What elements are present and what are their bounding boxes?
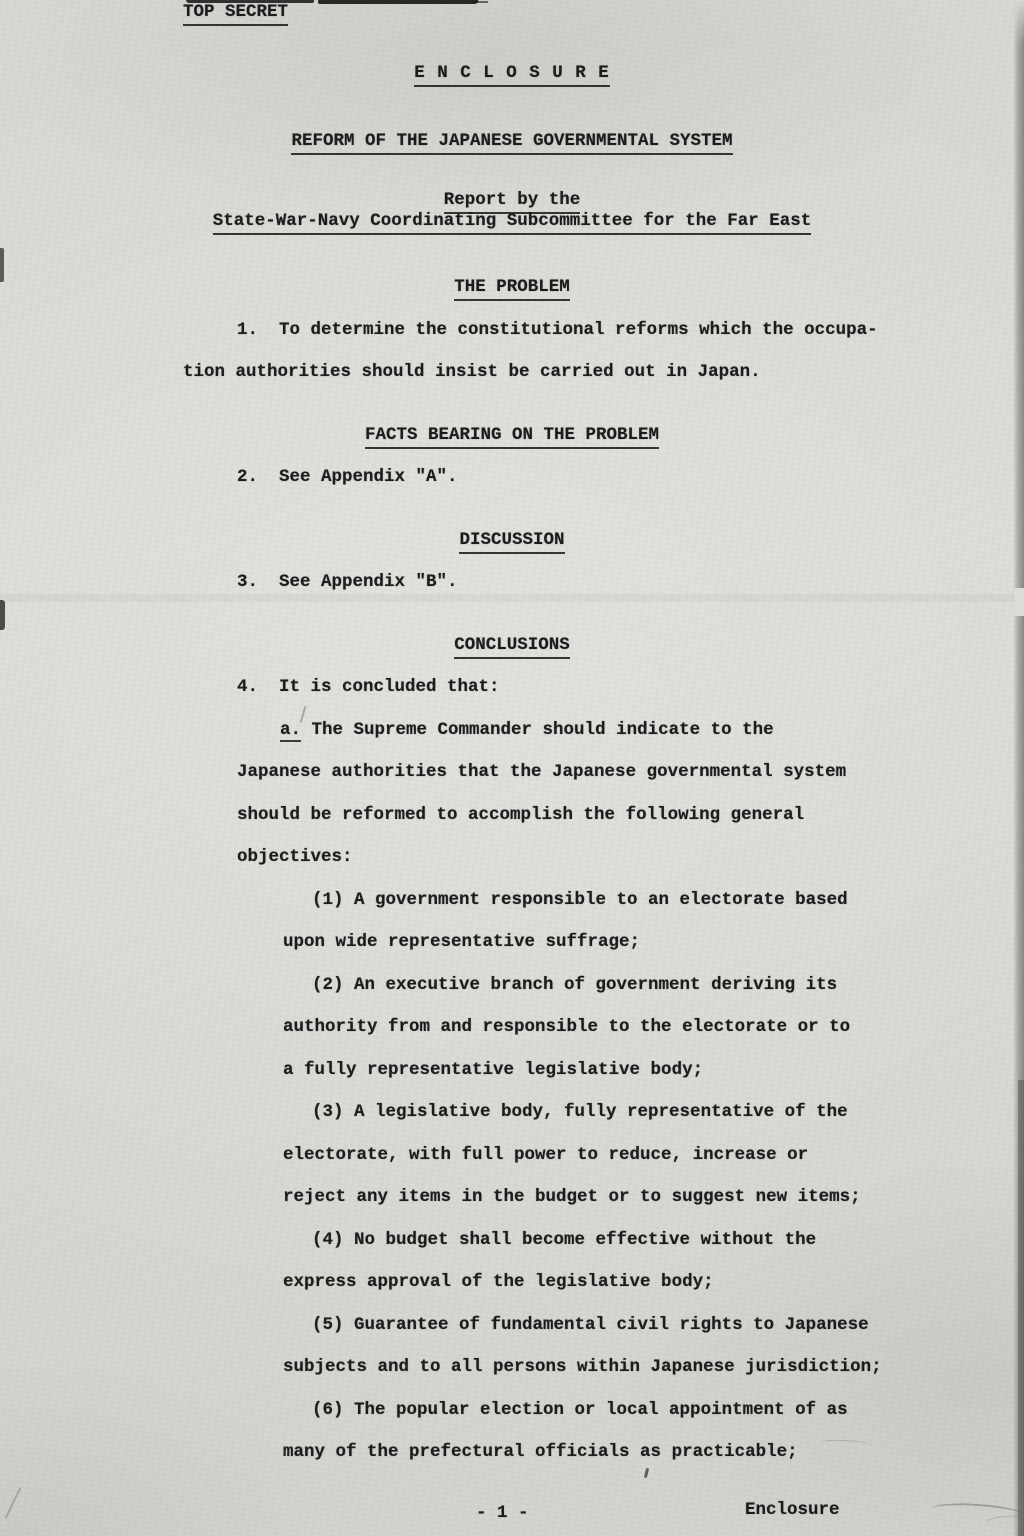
- body-line: 2. See Appendix "A".: [0, 467, 1024, 510]
- document-body: THE PROBLEM1. To determine the constitut…: [0, 257, 1024, 1485]
- body-line: a fully representative legislative body;: [0, 1060, 1024, 1103]
- body-line: Japanese authorities that the Japanese g…: [0, 762, 1024, 805]
- body-line: (4) No budget shall become effective wit…: [0, 1230, 1024, 1273]
- body-line: 4. It is concluded that:: [0, 677, 1024, 720]
- body-line: objectives:: [0, 847, 1024, 890]
- body-line: 3. See Appendix "B".: [0, 572, 1024, 615]
- body-line: subjects and to all persons within Japan…: [0, 1357, 1024, 1400]
- section-heading: CONCLUSIONS: [0, 635, 1024, 678]
- body-line: authority from and responsible to the el…: [0, 1017, 1024, 1060]
- section-heading-text: CONCLUSIONS: [454, 635, 570, 659]
- body-line: express approval of the legislative body…: [0, 1272, 1024, 1315]
- section-heading: THE PROBLEM: [0, 277, 1024, 320]
- body-line: (1) A government responsible to an elect…: [0, 890, 1024, 933]
- section-heading-text: DISCUSSION: [459, 530, 564, 554]
- classification-text: TOP SECRET: [183, 2, 288, 26]
- section-heading: DISCUSSION: [0, 530, 1024, 573]
- body-line: reject any items in the budget or to sug…: [0, 1187, 1024, 1230]
- report-committee-line: State-War-Navy Coordinating Subcommittee…: [0, 211, 1024, 231]
- body-line: should be reformed to accomplish the fol…: [0, 805, 1024, 848]
- body-line: (5) Guarantee of fundamental civil right…: [0, 1315, 1024, 1358]
- body-line: 1. To determine the constitutional refor…: [0, 320, 1024, 363]
- body-line: tion authorities should insist be carrie…: [0, 362, 1024, 405]
- body-line: (2) An executive branch of government de…: [0, 975, 1024, 1018]
- document-page: TOP SECRET E N C L O S U R E REFORM OF T…: [0, 0, 1024, 1536]
- body-line: upon wide representative suffrage;: [0, 932, 1024, 975]
- page-number: - 1 -: [476, 1503, 529, 1523]
- body-line: a. The Supreme Commander should indicate…: [0, 720, 1024, 763]
- scan-artifact-pencil-squiggle: [986, 1514, 1024, 1527]
- report-by-line: Report by the: [0, 190, 1024, 210]
- scan-artifact-top-smear: [318, 0, 479, 4]
- enclosure-title: E N C L O S U R E: [0, 63, 1024, 83]
- section-heading: FACTS BEARING ON THE PROBLEM: [0, 425, 1024, 468]
- body-line: many of the prefectural officials as pra…: [0, 1442, 1024, 1485]
- paragraph-letter: a.: [280, 720, 301, 742]
- body-line: electorate, with full power to reduce, i…: [0, 1145, 1024, 1188]
- body-line: (6) The popular election or local appoin…: [0, 1400, 1024, 1443]
- document-subject-title: REFORM OF THE JAPANESE GOVERNMENTAL SYST…: [0, 131, 1024, 151]
- scan-artifact-diagonal-mark: [5, 1487, 22, 1518]
- footer-doc-label: Enclosure: [745, 1500, 840, 1520]
- scan-artifact-top-smear: [472, 1, 488, 3]
- classification-banner: TOP SECRET: [183, 2, 288, 22]
- scan-artifact-pencil-squiggle: [932, 1501, 1024, 1523]
- section-heading-text: FACTS BEARING ON THE PROBLEM: [365, 425, 659, 449]
- body-line: (3) A legislative body, fully representa…: [0, 1102, 1024, 1145]
- section-heading-text: THE PROBLEM: [454, 277, 570, 301]
